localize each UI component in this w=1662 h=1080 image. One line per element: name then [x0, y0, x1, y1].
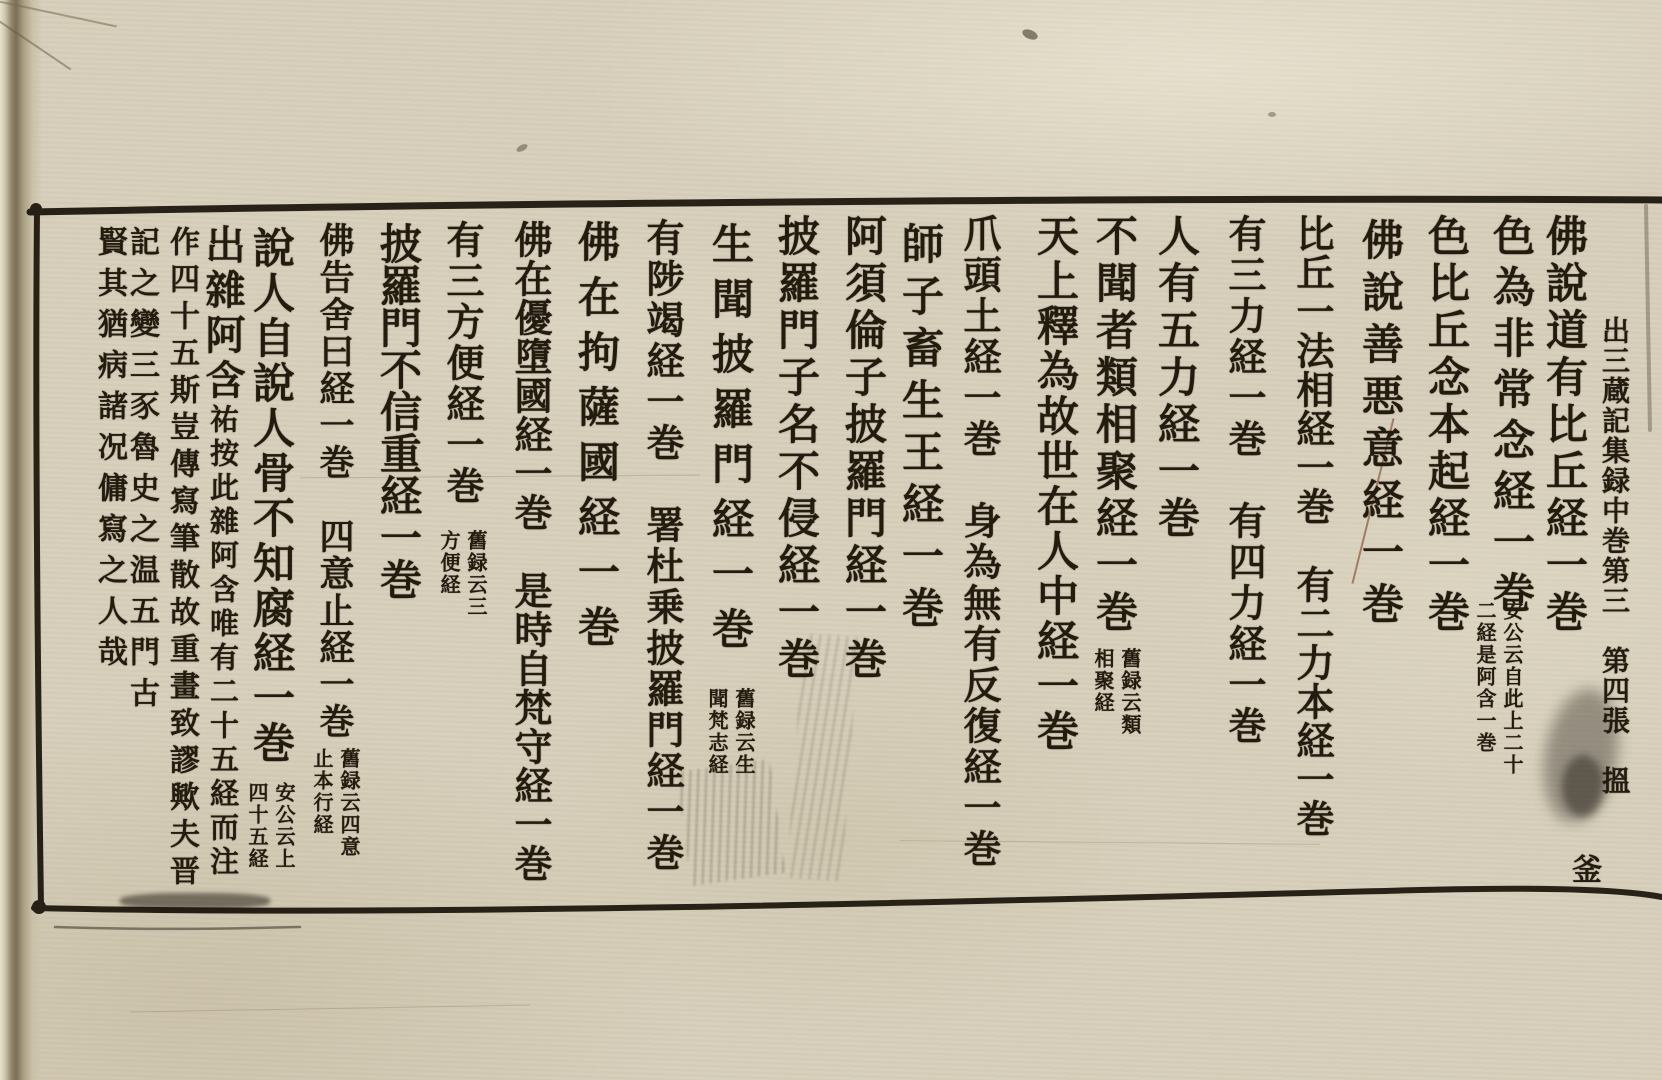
sutra-entry-column: 天上釋為故世在人中経一巻 [1024, 214, 1084, 754]
interlinear-note: 安公云自此上二十二経是阿含一巻 [1468, 600, 1524, 776]
book-spine [0, 0, 42, 1080]
note-line: 止本行経 [307, 748, 334, 858]
note-line: 舊録云四意 [334, 748, 361, 858]
colophon-head: 出雜阿含 [200, 224, 245, 404]
sutra-entry-column: 有三力経一巻 有四力経一巻 [1216, 214, 1271, 747]
paper-speck [1021, 27, 1039, 41]
colophon-column: 賢其猶病諸况傭寫之人哉 [87, 226, 131, 677]
sutra-entry-column: 阿須倫子披羅門経一巻 [832, 214, 892, 684]
colophon-column: 作四十五斯豈傳寫筆散故重畫致謬歟夫晋 [159, 226, 203, 892]
note-line: 方便経 [434, 530, 461, 618]
sutra-entry-column: 佛在優墮國経一巻 是時自梵守経一巻 [502, 220, 557, 883]
sutra-entry-column: 比丘一法相経一巻 有二力本経一巻 [1284, 214, 1339, 838]
ink-smudge [120, 893, 270, 909]
sutra-entry-column: 披羅門不信重経一巻 [367, 222, 427, 600]
ink-smudge [675, 759, 785, 886]
sutra-entry-column: 師子畜生王経一巻 [889, 222, 949, 638]
paper-speck [515, 143, 528, 154]
page-scan: 釜 出三蔵記集録中巻第三 第四張 搵佛說道有比丘経一巻安公云自此上二十二経是阿含… [0, 0, 1662, 1080]
sutra-entry-column: 披羅門子名不侵経一巻 [765, 214, 825, 684]
note-line: 相聚経 [1088, 648, 1115, 736]
interlinear-note: 舊録云生聞梵志経 [700, 688, 756, 776]
note-line: 聞梵志経 [702, 688, 729, 776]
sutra-entry-column: 爪頭土経一巻 身為無有反復経一巻 [951, 214, 1006, 870]
sutra-entry-column: 人有五力経一巻 [1145, 214, 1205, 543]
sutra-entry-column: 不聞者類相聚経一巻 [1083, 214, 1143, 637]
paper-speck [1268, 112, 1276, 117]
sutra-entry-column: 有陟竭経一巻 署杜乗披羅門経一巻 [634, 218, 689, 874]
note-line: 舊録云類 [1115, 648, 1142, 736]
sutra-entry-column: 色比丘念本起経一巻 [1415, 214, 1475, 637]
sutra-entry-column: 佛說善悪意経一巻 [1349, 218, 1409, 634]
note-line: 安公云上 [269, 782, 296, 870]
interlinear-note: 舊録云三方便経 [432, 530, 488, 618]
colophon-small-text: 祐按此雜阿含唯有二十五経而注 [206, 404, 238, 880]
note-line: 舊録云三 [461, 530, 488, 618]
interlinear-note: 舊録云類相聚経 [1086, 648, 1142, 736]
sutra-entry-column: 生聞披羅門経一巻 [699, 222, 759, 662]
case-character: 釜 [1572, 845, 1602, 889]
title-column: 出三蔵記集録中巻第三 第四張 搵 [1593, 316, 1633, 796]
paper-crease [130, 1005, 530, 1013]
sutra-entry-column: 佛告舍曰経一巻 四意止経一巻 [309, 222, 359, 740]
note-line: 舊録云生 [729, 688, 756, 776]
note-line: 安公云自此上二十 [1497, 600, 1524, 776]
sutra-entry-column: 佛說道有比丘経一巻 [1533, 214, 1593, 637]
interlinear-note: 舊録云四意止本行経 [305, 748, 361, 858]
sutra-entry-column: 有三方便経一巻 [434, 220, 489, 507]
sutra-entry-column: 色為非常念経一巻 [1480, 214, 1540, 622]
sutra-entry-column: 佛在拘薩國経一巻 [565, 220, 625, 660]
